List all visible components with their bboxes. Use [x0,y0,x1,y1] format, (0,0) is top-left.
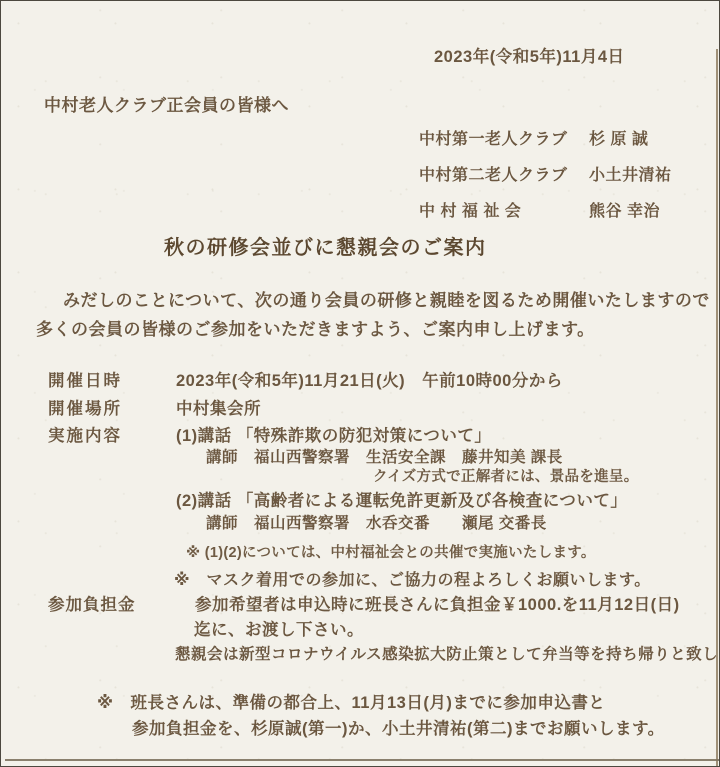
footer-note-line-2: 参加負担金を、杉原誠(第一)か、小土井清祐(第二)までお願いします。 [132,715,665,739]
scanned-letter-page: 2023年(令和5年)11月4日 中村老人クラブ正会員の皆様へ 中村第一老人クラ… [0,0,720,767]
sender-org: 中村第二老人クラブ [419,162,577,185]
program-item-1-lecturer: 講師 福山西警察署 生活安全課 藤井知美 課長 [206,445,563,467]
sender-row: 中村第二老人クラブ 小土井清祐 [419,162,672,185]
program-item-1-title: (1)講話 「特殊詐欺の防犯対策について」 [176,422,491,446]
document-date: 2023年(令和5年)11月4日 [434,43,625,67]
sender-name: 杉 原 誠 [589,126,648,149]
sender-block: 中村第一老人クラブ 杉 原 誠 中村第二老人クラブ 小土井清祐 中 村 福 祉 … [419,126,672,221]
fee-line-1: 参加希望者は申込時に班長さんに負担金￥1000.を11月12日(日) [195,591,680,615]
sender-name: 小土井清祐 [589,162,672,185]
intro-line-1: みだしのことについて、次の通り会員の研修と親睦を図るため開催いたしますので [63,286,710,311]
sender-name: 熊谷 幸治 [589,198,660,221]
intro-line-2: 多くの会員の皆様のご参加をいただきますよう、ご案内申し上げます。 [36,315,595,340]
bento-takeout-note: 懇親会は新型コロナウイルス感染拡大防止策として弁当等を持ち帰りと致します [175,642,720,664]
program-item-1-quiz-note: クイズ方式で正解者には、景品を進呈。 [373,465,639,486]
program-item-2-lecturer: 講師 福山西警察署 水呑交番 瀬尾 交番長 [206,511,547,533]
sender-org: 中村第一老人クラブ [419,126,577,149]
sender-row: 中 村 福 祉 会 熊谷 幸治 [419,198,672,221]
fee-line-2: 迄に、お渡し下さい。 [194,616,364,640]
datetime-label: 開催日時 [48,367,122,391]
footer-note-line-1: ※ 班長さんは、準備の都合上、11月13日(月)までに参加申込書と [97,689,605,713]
document-title: 秋の研修会並びに懇親会のご案内 [164,231,487,260]
program-item-2-title: (2)講話 「高齢者による運転免許更新及び各検査について」 [176,487,627,511]
recipient-line: 中村老人クラブ正会員の皆様へ [44,91,289,116]
content-label: 実施内容 [48,422,122,446]
joint-hosting-note: ※ (1)(2)については、中村福祉会との共催で実施いたします。 [186,541,596,562]
sender-org: 中 村 福 祉 会 [419,198,577,221]
sender-row: 中村第一老人クラブ 杉 原 誠 [419,126,672,149]
venue-label: 開催場所 [48,395,122,419]
mask-note: ※ マスク着用での参加に、ご協力の程よろしくお願いします。 [174,567,651,590]
scan-edge-bottom [5,759,719,761]
datetime-value: 2023年(令和5年)11月21日(火) 午前10時00分から [176,367,563,391]
fee-label: 参加負担金 [48,591,136,615]
scan-edge-right [716,49,718,767]
venue-value: 中村集会所 [176,395,261,419]
